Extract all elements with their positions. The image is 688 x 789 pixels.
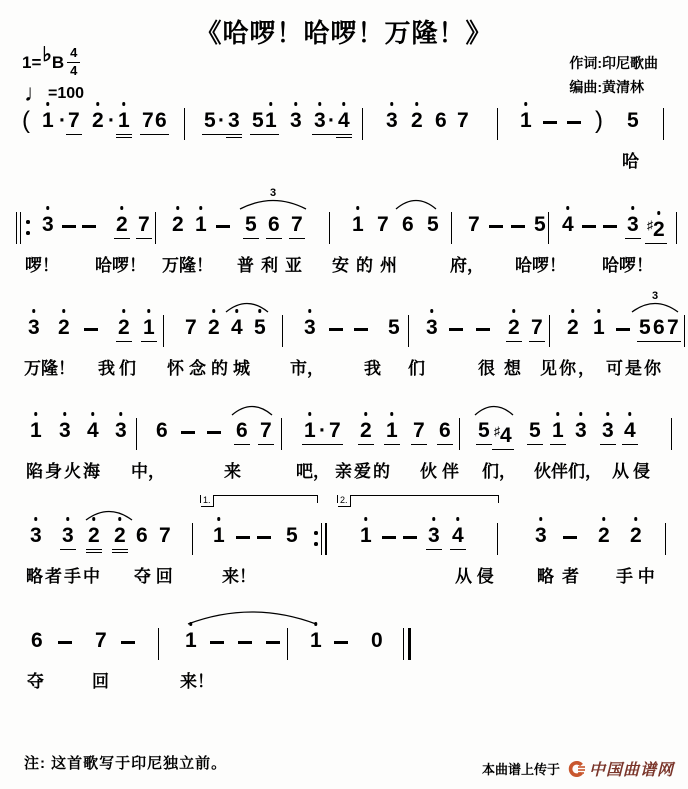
note: 3: [302, 315, 318, 341]
note: 2: [628, 523, 644, 549]
note: 7: [157, 523, 173, 549]
lyric: 夺: [27, 672, 44, 692]
octave-dot: [122, 309, 126, 313]
octave-dot: [34, 517, 38, 521]
lyric: 们: [408, 359, 425, 379]
lyric: 从侵: [612, 462, 654, 482]
barline: [362, 108, 363, 140]
dash-note: [567, 121, 581, 124]
music-system: 332267151343221.2.略者手中夺 回来！从 侵略者手 中: [0, 523, 688, 609]
volta-number: 2.: [338, 495, 351, 507]
note: 1: [350, 212, 366, 238]
slur-arc: [394, 197, 438, 211]
octave-dot: [318, 102, 322, 106]
octave-dot: [657, 211, 661, 215]
note: 7: [327, 418, 343, 445]
barline: [459, 418, 460, 450]
note: 3: [384, 108, 400, 134]
octave-dot: [62, 309, 66, 313]
barline: [548, 212, 549, 244]
note: ♯2: [645, 212, 667, 244]
barline: [497, 108, 498, 140]
note: 3: [28, 523, 44, 549]
octave-dot: [294, 102, 298, 106]
note: 6: [29, 628, 45, 654]
octave-dot: [432, 517, 436, 521]
note: 2: [506, 315, 522, 342]
triplet-slur-arc: 3: [238, 197, 308, 211]
octave-dot: [356, 206, 360, 210]
lyric: 万隆！: [162, 256, 213, 276]
octave-dot: [46, 102, 50, 106]
note: 7: [665, 315, 681, 342]
dash-note: [216, 225, 230, 228]
note: 1: [358, 523, 374, 549]
dash-note: [84, 328, 98, 331]
barline: [549, 315, 550, 347]
dash-note: [58, 641, 72, 644]
octave-dot: [91, 412, 95, 416]
dash-note: [62, 225, 76, 228]
dash-note: [266, 641, 280, 644]
lyric: 哈: [622, 152, 639, 172]
note: 3: [26, 315, 42, 341]
site-logo-icon: [568, 760, 586, 778]
triplet-slur-arc: 3: [630, 300, 680, 314]
note: 1: [302, 418, 318, 445]
barline: [684, 315, 685, 347]
note: 2: [596, 523, 612, 549]
barline: [408, 315, 409, 347]
lyric: 伙伴: [420, 462, 464, 482]
parenthesis: (: [20, 108, 32, 134]
note: 4: [85, 418, 101, 444]
note: 7: [66, 108, 82, 135]
octave-dot: [628, 412, 632, 416]
octave-dot: [571, 309, 575, 313]
octave-dot: [566, 206, 570, 210]
note: 1: [116, 108, 132, 138]
lyric: 见你，: [540, 359, 597, 379]
note: 7: [529, 315, 545, 342]
lyric: 安的州: [332, 256, 404, 276]
uploader-prefix: 本曲谱上传于: [482, 759, 560, 778]
note: 6: [400, 212, 416, 238]
octave-dot: [524, 102, 528, 106]
note: 7: [466, 212, 482, 238]
note: 5: [425, 212, 441, 238]
note: 6: [154, 418, 170, 444]
octave-dot: [364, 412, 368, 416]
octave-dot: [556, 412, 560, 416]
barline: [287, 628, 288, 660]
lyric: 略者: [537, 567, 587, 587]
note: 3: [426, 523, 442, 550]
lyric: 手 中: [616, 567, 655, 587]
lyric: 啰！: [25, 256, 59, 276]
dash-note: [449, 328, 463, 331]
octave-dot: [597, 309, 601, 313]
note: 3: [573, 418, 589, 444]
octave-dot: [606, 412, 610, 416]
lyric: 哈啰！: [515, 256, 566, 276]
dash-note: [238, 641, 252, 644]
lyric: 普利亚: [237, 256, 309, 276]
lyric: 可是你: [606, 359, 663, 379]
dash-note: [511, 225, 525, 228]
note: 1: [550, 418, 566, 445]
score: (1·72·1765·35133·432671)5哈32721567176575…: [0, 0, 688, 789]
note: 2: [114, 212, 130, 239]
lyric: 万隆！: [24, 359, 75, 379]
octave-dot: [119, 412, 123, 416]
slur-arc: [473, 403, 515, 417]
site-name: 中国曲谱网: [589, 757, 674, 780]
note: 7: [375, 212, 391, 238]
note: 2: [90, 108, 106, 134]
note: 1: [183, 628, 199, 654]
note: 6: [134, 523, 150, 549]
octave-dot: [631, 206, 635, 210]
note: 5: [532, 212, 548, 238]
lyric: 来！: [222, 567, 256, 587]
octave-dot: [308, 412, 312, 416]
note: 2: [358, 418, 374, 445]
volta-bracket: 1.: [200, 495, 318, 503]
parenthesis: ): [593, 108, 605, 134]
barline: [329, 212, 330, 244]
lyric: 市，: [290, 359, 324, 379]
music-system: 13436671·721765♯451334陷身火海中，来吧，亲爱的伙伴们，伙伴…: [0, 418, 688, 504]
dash-note: [181, 431, 195, 434]
note: 4: [336, 108, 352, 138]
note: 3: [226, 108, 242, 138]
note: 1: [211, 523, 227, 549]
octave-dot: [147, 309, 151, 313]
note: 2: [409, 108, 425, 134]
note: 3: [288, 108, 304, 134]
note: 3: [533, 523, 549, 549]
octave-dot: [308, 309, 312, 313]
note: 7: [411, 418, 427, 445]
lyric: 哈啰！: [95, 256, 146, 276]
octave-dot: [364, 517, 368, 521]
note: 3: [424, 315, 440, 341]
note: ♯4: [492, 418, 514, 450]
dash-note: [210, 641, 224, 644]
lyric: 伙伴们，: [534, 462, 602, 482]
note: 3: [113, 418, 129, 444]
octave-dot: [63, 412, 67, 416]
slur-arc: [84, 508, 134, 522]
note: 4: [229, 315, 245, 341]
tuplet-number: 3: [650, 291, 660, 302]
lyric: 哈啰！: [602, 256, 653, 276]
lyric: 怀念的城: [167, 359, 255, 379]
octave-dot: [212, 309, 216, 313]
note: 5: [284, 523, 300, 549]
note: 4: [560, 212, 576, 238]
note: 5: [527, 418, 543, 445]
lyric: 吧，: [296, 462, 330, 482]
tie-arc: [186, 606, 318, 626]
octave-dot: [430, 309, 434, 313]
note: 6: [266, 212, 282, 239]
lyric: 来！: [180, 672, 214, 692]
barline: [671, 418, 672, 450]
dash-note: [616, 328, 630, 331]
note: 4: [450, 523, 466, 550]
note: 5: [476, 418, 492, 445]
note: 6: [234, 418, 250, 445]
note: 7: [289, 212, 305, 239]
dash-note: [382, 536, 396, 539]
note: 1: [193, 212, 209, 238]
dash-note: [329, 328, 343, 331]
note: 7: [455, 108, 471, 134]
final-barline: [403, 628, 411, 660]
dash-note: [543, 121, 557, 124]
note: 2: [112, 523, 128, 553]
barline: [184, 108, 185, 140]
lyric: 我: [364, 359, 381, 379]
note: 3: [600, 418, 616, 445]
dash-note: [82, 225, 96, 228]
footnote: 注: 这首歌写于印尼独立前。: [24, 752, 227, 773]
octave-dot: [269, 102, 273, 106]
lyric: 很想: [478, 359, 530, 379]
octave-dot: [415, 102, 419, 106]
dash-note: [207, 431, 221, 434]
note: 1: [591, 315, 607, 341]
note: 6: [433, 108, 449, 134]
lyric: 我们: [98, 359, 140, 379]
note: 1: [40, 108, 56, 134]
dash-note: [121, 641, 135, 644]
note: 5: [252, 315, 268, 341]
octave-dot: [579, 412, 583, 416]
barline: [663, 108, 664, 140]
slur-arc: [224, 300, 270, 314]
note: 1: [263, 108, 279, 135]
octave-dot: [456, 517, 460, 521]
note: 7: [93, 628, 109, 654]
barline: [497, 523, 498, 555]
octave-dot: [217, 517, 221, 521]
slur-arc: [230, 403, 274, 417]
dash-note: [476, 328, 490, 331]
note: 6: [153, 108, 169, 135]
barline: [282, 315, 283, 347]
volta-number: 1.: [201, 495, 214, 507]
note: 5: [386, 315, 402, 341]
dash-note: [236, 536, 250, 539]
octave-dot: [634, 517, 638, 521]
note: 3: [625, 212, 641, 239]
barline: [192, 523, 193, 555]
note: 2: [170, 212, 186, 238]
note: 1: [28, 418, 44, 444]
lyric: 夺 回: [134, 567, 173, 587]
note: 2: [206, 315, 222, 341]
note: 7: [258, 418, 274, 445]
lyric: 府，: [450, 256, 484, 276]
octave-dot: [120, 206, 124, 210]
octave-dot: [32, 309, 36, 313]
octave-dot: [122, 102, 126, 106]
octave-dot: [66, 517, 70, 521]
lyric: 中，: [131, 462, 165, 482]
note: 1: [518, 108, 534, 134]
note: 3: [60, 523, 76, 550]
lyric: 略者手中: [26, 567, 102, 587]
music-system: 3221724535327215673万隆！我们怀念的城市，我们很想见你，可是你: [0, 315, 688, 401]
octave-dot: [512, 309, 516, 313]
lyric: 们，: [482, 462, 516, 482]
octave-dot: [390, 102, 394, 106]
barline: [676, 212, 677, 244]
dash-note: [563, 536, 577, 539]
music-system: (1·72·1765·35133·432671)5哈: [0, 108, 688, 194]
octave-dot: [539, 517, 543, 521]
tuplet-number: 3: [268, 188, 278, 199]
octave-dot: [602, 517, 606, 521]
note: 1: [308, 628, 324, 654]
note: 3: [40, 212, 56, 238]
note: 2: [565, 315, 581, 341]
barline: [163, 315, 164, 347]
barline: [665, 523, 666, 555]
lyric: 陷身火海: [26, 462, 102, 482]
note: 5: [243, 212, 259, 239]
music-system: 3272156717657543♯23啰！哈啰！万隆！普利亚安的州府，哈啰！哈啰…: [0, 212, 688, 298]
note: 7: [183, 315, 199, 341]
barline: [158, 628, 159, 660]
sheet-music-page: 《哈啰！哈啰！万隆！》 1=♭B 4 4 ♩=100 作词:印尼歌曲 编曲:黄清…: [0, 0, 688, 789]
note: 1: [141, 315, 157, 342]
volta-bracket: 2.: [337, 495, 499, 503]
dash-note: [603, 225, 617, 228]
octave-dot: [46, 206, 50, 210]
note: 2: [56, 315, 72, 341]
dash-note: [403, 536, 417, 539]
dash-note: [582, 225, 596, 228]
octave-dot: [176, 206, 180, 210]
note: 0: [369, 628, 385, 654]
music-system: 67110夺回来！: [0, 628, 688, 714]
uploader-credit: 本曲谱上传于 中国曲谱网: [482, 757, 674, 780]
barline: [451, 212, 452, 244]
barline: [155, 212, 156, 244]
dash-note: [354, 328, 368, 331]
note: 6: [437, 418, 453, 445]
note: 2: [116, 315, 132, 342]
note: 1: [384, 418, 400, 445]
note: 2: [86, 523, 102, 553]
dash-note: [334, 641, 348, 644]
lyric: 来: [224, 462, 241, 482]
octave-dot: [390, 412, 394, 416]
octave-dot: [199, 206, 203, 210]
note: 7: [136, 212, 152, 239]
repeat-end-sign: [314, 523, 330, 555]
octave-dot: [34, 412, 38, 416]
note: 5: [625, 108, 641, 134]
lyric: 从 侵: [455, 567, 494, 587]
dash-note: [257, 536, 271, 539]
barline: [281, 418, 282, 450]
lyric: 亲爱的: [335, 462, 392, 482]
note: 4: [622, 418, 638, 445]
repeat-start-sign: [16, 212, 32, 244]
barline: [136, 418, 137, 450]
lyric: 回: [92, 672, 109, 692]
octave-dot: [342, 102, 346, 106]
note: 3: [57, 418, 73, 444]
octave-dot: [96, 102, 100, 106]
dash-note: [489, 225, 503, 228]
